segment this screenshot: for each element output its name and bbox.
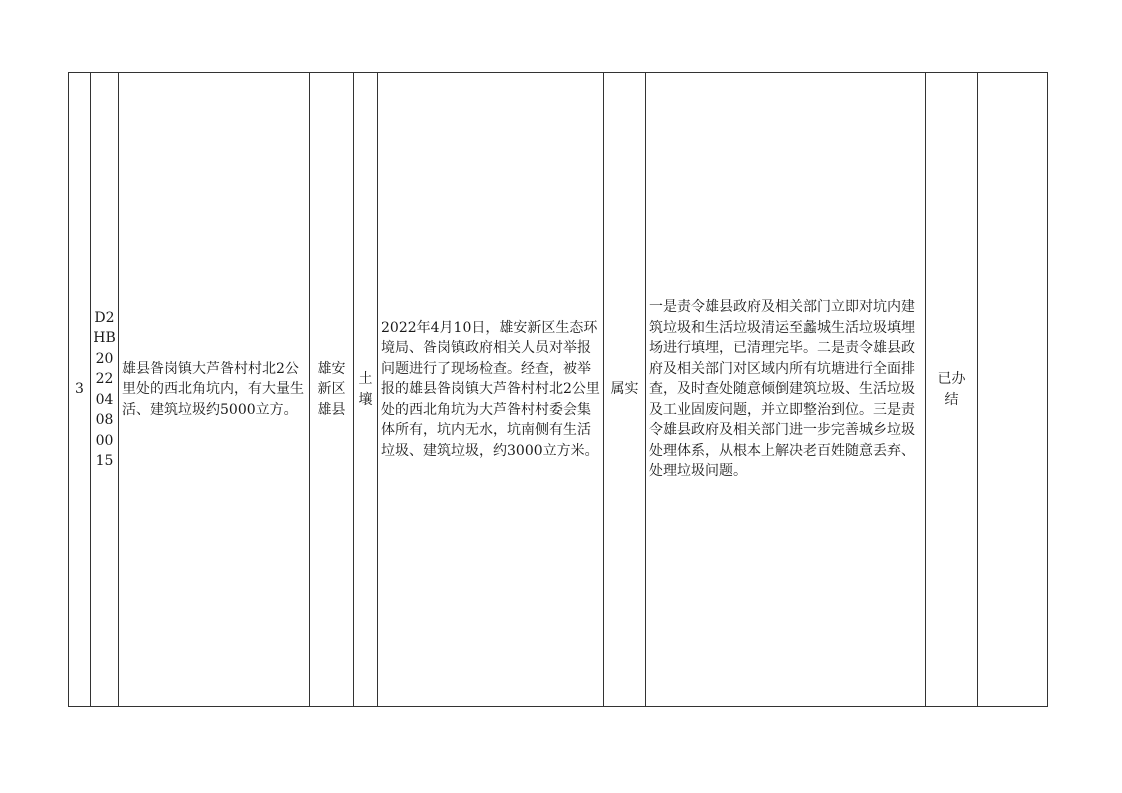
case-id-line: HB xyxy=(91,328,118,349)
region-line: 雄安 xyxy=(310,359,353,380)
complaint-table: 3 D2 HB 20 22 04 08 00 15 雄县昝岗镇大芦昝村村北2公里… xyxy=(68,72,1048,707)
remarks xyxy=(978,73,1048,707)
table-row: 3 D2 HB 20 22 04 08 00 15 雄县昝岗镇大芦昝村村北2公里… xyxy=(69,73,1048,707)
status: 已办 结 xyxy=(926,73,978,707)
handling-measures: 一是责令雄县政府及相关部门立即对坑内建筑垃圾和生活垃圾清运至蠡城生活垃圾填埋场进… xyxy=(646,73,926,707)
case-id-line: 22 xyxy=(91,369,118,390)
pollution-type: 土 壤 xyxy=(354,73,378,707)
row-index: 3 xyxy=(69,73,91,707)
verdict: 属实 xyxy=(604,73,646,707)
pollution-type-line: 土 xyxy=(354,369,377,390)
region-line: 新区 xyxy=(310,379,353,400)
region: 雄安 新区 雄县 xyxy=(310,73,354,707)
status-line: 已办 xyxy=(926,369,977,390)
investigation-result: 2022年4月10日，雄安新区生态环境局、昝岗镇政府相关人员对举报问题进行了现场… xyxy=(378,73,604,707)
case-id-line: 04 xyxy=(91,390,118,411)
case-id-line: 15 xyxy=(91,451,118,472)
case-id-line: D2 xyxy=(91,308,118,329)
case-id-line: 20 xyxy=(91,349,118,370)
region-line: 雄县 xyxy=(310,400,353,421)
pollution-type-line: 壤 xyxy=(354,390,377,411)
case-id: D2 HB 20 22 04 08 00 15 xyxy=(91,73,119,707)
complaint-content: 雄县昝岗镇大芦昝村村北2公里处的西北角坑内，有大量生活、建筑垃圾约5000立方。 xyxy=(119,73,310,707)
case-id-line: 00 xyxy=(91,431,118,452)
case-id-line: 08 xyxy=(91,410,118,431)
status-line: 结 xyxy=(926,390,977,411)
